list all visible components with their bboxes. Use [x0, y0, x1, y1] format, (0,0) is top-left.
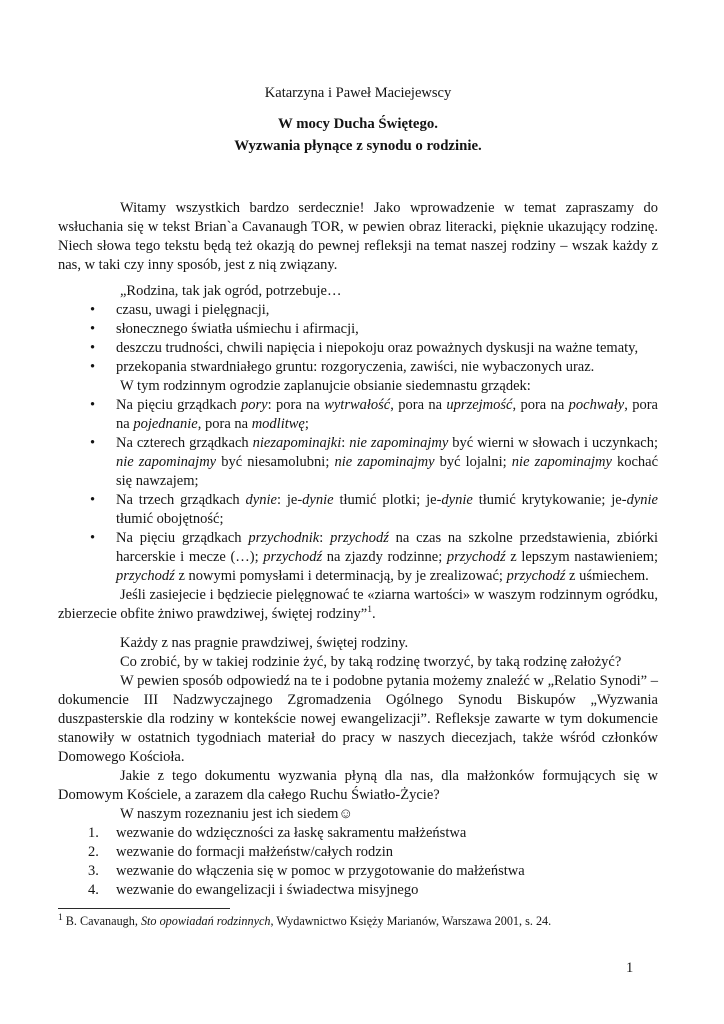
- numbered-list: wezwanie do wdzięczności za łaskę sakram…: [58, 824, 658, 900]
- text-run: tłumić plotki; je-: [334, 492, 442, 508]
- text-run: Na czterech grządkach: [116, 435, 253, 451]
- text-run: Na trzech grządkach: [116, 492, 246, 508]
- document-title-line1: W mocy Ducha Świętego.: [58, 114, 658, 136]
- text-run: W pewien sposób odpowiedź na te i podobn…: [58, 673, 658, 765]
- document-body: Witamy wszystkich bardzo serdecznie! Jak…: [58, 199, 658, 900]
- text-run: :: [319, 530, 330, 546]
- text-run: wezwanie do włączenia się w pomoc w przy…: [116, 863, 525, 879]
- paragraph: Jakie z tego dokumentu wyzwania płyną dl…: [58, 767, 658, 805]
- list-item: wezwanie do wdzięczności za łaskę sakram…: [116, 824, 658, 843]
- italic-text-run: przychodź: [330, 530, 389, 546]
- text-run: W naszym rozeznaniu jest ich siedem☺: [120, 806, 353, 822]
- list-item: Na czterech grządkach niezapominajki: ni…: [116, 434, 658, 491]
- text-run: czasu, uwagi i pielęgnacji,: [116, 302, 269, 318]
- text-run: z lepszym nastawieniem;: [506, 549, 658, 565]
- italic-text-run: przychodź: [507, 568, 566, 584]
- italic-text-run: uprzejmość: [446, 397, 512, 413]
- text-run: wezwanie do wdzięczności za łaskę sakram…: [116, 825, 466, 841]
- paragraph: W pewien sposób odpowiedź na te i podobn…: [58, 672, 658, 767]
- text-run: , pora na: [198, 416, 252, 432]
- text-run: z uśmiechem.: [565, 568, 648, 584]
- document-title: W mocy Ducha Świętego. Wyzwania płynące …: [58, 114, 658, 157]
- text-run: .: [372, 606, 376, 622]
- list-item: Na pięciu grządkach przychodnik: przycho…: [116, 529, 658, 586]
- text-run: na zjazdy rodzinne;: [322, 549, 447, 565]
- italic-text-run: nie zapominajmy: [116, 454, 216, 470]
- paragraph: Każdy z nas pragnie prawdziwej, świętej …: [58, 634, 658, 653]
- text-run: : pora na: [268, 397, 325, 413]
- text-run: być lojalni;: [435, 454, 512, 470]
- list-item: wezwanie do formacji małżeństw/całych ro…: [116, 843, 658, 862]
- italic-text-run: dynie: [627, 492, 658, 508]
- text-run: : je-: [277, 492, 302, 508]
- paragraph: W naszym rozeznaniu jest ich siedem☺: [58, 805, 658, 824]
- text-run: Witamy wszystkich bardzo serdecznie! Jak…: [58, 200, 658, 273]
- text-run: W tym rodzinnym ogrodzie zaplanujcie obs…: [120, 378, 531, 394]
- italic-text-run: Sto opowiadań rodzinnych: [141, 914, 271, 928]
- paragraph: Witamy wszystkich bardzo serdecznie! Jak…: [58, 199, 658, 275]
- text-run: Co zrobić, by w takiej rodzinie żyć, by …: [120, 654, 621, 670]
- text-run: być wierni w słowach i uczynkach;: [448, 435, 658, 451]
- list-item: wezwanie do włączenia się w pomoc w przy…: [116, 862, 658, 881]
- document-page: Katarzyna i Paweł Maciejewscy W mocy Duc…: [0, 0, 724, 1024]
- document-title-line2: Wyzwania płynące z synodu o rodzinie.: [58, 136, 658, 158]
- italic-text-run: modlitwę: [252, 416, 305, 432]
- italic-text-run: nie zapominajmy: [334, 454, 434, 470]
- italic-text-run: pory: [241, 397, 268, 413]
- footnote-area: 1 B. Cavanaugh, Sto opowiadań rodzinnych…: [58, 908, 658, 930]
- text-run: wezwanie do formacji małżeństw/całych ro…: [116, 844, 393, 860]
- text-run: deszczu trudności, chwili napięcia i nie…: [116, 340, 638, 356]
- bullet-list: Na pięciu grządkach pory: pora na wytrwa…: [58, 396, 658, 586]
- text-run: Na pięciu grządkach: [116, 530, 248, 546]
- list-item: słonecznego światła uśmiechu i afirmacji…: [116, 320, 658, 339]
- text-run: wezwanie do ewangelizacji i świadectwa m…: [116, 882, 418, 898]
- page-number: 1: [626, 960, 633, 977]
- italic-text-run: dynie: [302, 492, 333, 508]
- italic-text-run: nie zapominajmy: [512, 454, 612, 470]
- paragraph: Co zrobić, by w takiej rodzinie żyć, by …: [58, 653, 658, 672]
- text-run: Każdy z nas pragnie prawdziwej, świętej …: [120, 635, 408, 651]
- document-content: Katarzyna i Paweł Maciejewscy W mocy Duc…: [58, 84, 658, 900]
- bullet-list: czasu, uwagi i pielęgnacji,słonecznego ś…: [58, 301, 658, 377]
- text-run: być niesamolubni;: [216, 454, 334, 470]
- italic-text-run: pochwały: [569, 397, 625, 413]
- italic-text-run: dynie: [246, 492, 277, 508]
- text-run: słonecznego światła uśmiechu i afirmacji…: [116, 321, 359, 337]
- list-item: Na trzech grządkach dynie: je-dynie tłum…: [116, 491, 658, 529]
- italic-text-run: pojednanie: [133, 416, 197, 432]
- italic-text-run: niezapominajki: [253, 435, 342, 451]
- paragraph: Jeśli zasiejecie i będziecie pielęgnować…: [58, 586, 658, 624]
- text-run: Jakie z tego dokumentu wyzwania płyną dl…: [58, 768, 658, 803]
- text-run: przekopania stwardniałego gruntu: rozgor…: [116, 359, 594, 375]
- italic-text-run: przychodź: [447, 549, 506, 565]
- list-item: czasu, uwagi i pielęgnacji,: [116, 301, 658, 320]
- footnote-text: 1 B. Cavanaugh, Sto opowiadań rodzinnych…: [58, 914, 658, 930]
- paragraph: W tym rodzinnym ogrodzie zaplanujcie obs…: [58, 377, 658, 396]
- list-item: Na pięciu grządkach pory: pora na wytrwa…: [116, 396, 658, 434]
- list-item: przekopania stwardniałego gruntu: rozgor…: [116, 358, 658, 377]
- text-run: , pora na: [390, 397, 446, 413]
- paragraph: „Rodzina, tak jak ogród, potrzebuje…: [58, 282, 658, 301]
- footnote-separator: [58, 908, 230, 909]
- text-run: tłumić krytykowanie; je-: [473, 492, 627, 508]
- italic-text-run: dynie: [441, 492, 472, 508]
- document-authors: Katarzyna i Paweł Maciejewscy: [58, 84, 658, 103]
- text-run: , Wydawnictwo Księży Marianów, Warszawa …: [271, 914, 552, 928]
- text-run: , pora na: [512, 397, 568, 413]
- text-run: Na pięciu grządkach: [116, 397, 241, 413]
- text-run: B. Cavanaugh,: [63, 914, 141, 928]
- italic-text-run: wytrwałość: [324, 397, 390, 413]
- text-run: tłumić obojętność;: [116, 511, 224, 527]
- italic-text-run: przychodź: [116, 568, 175, 584]
- text-run: z nowymi pomysłami i determinacją, by je…: [175, 568, 507, 584]
- text-run: „Rodzina, tak jak ogród, potrzebuje…: [120, 283, 341, 299]
- text-run: Jeśli zasiejecie i będziecie pielęgnować…: [58, 587, 658, 622]
- italic-text-run: przychodź: [263, 549, 322, 565]
- italic-text-run: przychodnik: [248, 530, 319, 546]
- italic-text-run: nie zapominajmy: [349, 435, 448, 451]
- list-item: deszczu trudności, chwili napięcia i nie…: [116, 339, 658, 358]
- list-item: wezwanie do ewangelizacji i świadectwa m…: [116, 881, 658, 900]
- text-run: ;: [305, 416, 309, 432]
